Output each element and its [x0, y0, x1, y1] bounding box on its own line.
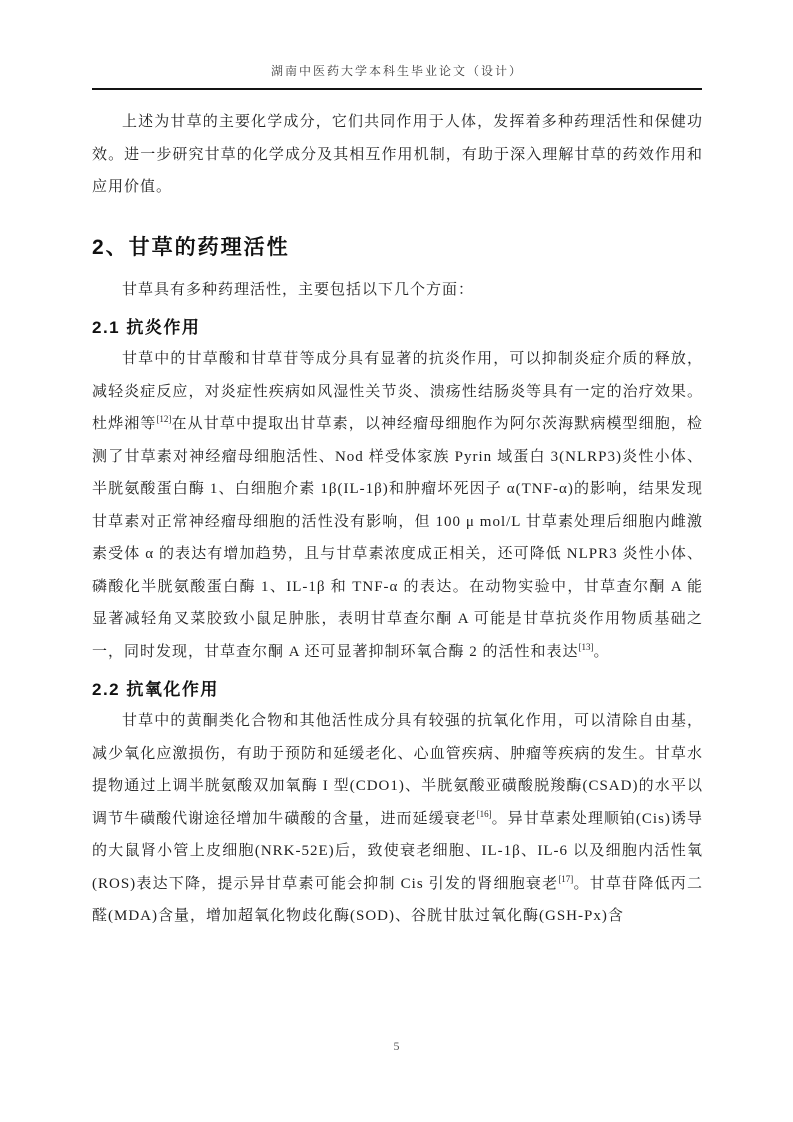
- citation-ref-16: [16]: [477, 809, 492, 819]
- paragraph-anti-inflammatory: 甘草中的甘草酸和甘草苷等成分具有显著的抗炎作用，可以抑制炎症介质的释放，减轻炎症…: [92, 343, 703, 668]
- intro-paragraph: 上述为甘草的主要化学成分，它们共同作用于人体，发挥着多种药理活性和保健功效。进一…: [92, 106, 703, 204]
- section-lead-paragraph: 甘草具有多种药理活性，主要包括以下几个方面：: [92, 274, 703, 307]
- citation-ref-12: [12]: [156, 414, 171, 424]
- paragraph-text-segment: 甘草中的黄酮类化合物和其他活性成分具有较强的抗氧化作用，可以清除自由基，减少氧化…: [92, 713, 703, 827]
- document-page: 湖南中医药大学本科生毕业论文（设计） 上述为甘草的主要化学成分，它们共同作用于人…: [0, 0, 793, 1122]
- header-divider: [92, 88, 702, 90]
- document-body: 上述为甘草的主要化学成分，它们共同作用于人体，发挥着多种药理活性和保健功效。进一…: [92, 106, 703, 933]
- citation-ref-17: [17]: [558, 874, 573, 884]
- section-title: 2、甘草的药理活性: [92, 231, 703, 261]
- citation-ref-13: [13]: [579, 642, 594, 652]
- page-header: 湖南中医药大学本科生毕业论文（设计）: [92, 62, 702, 90]
- page-number: 5: [0, 1039, 793, 1054]
- paragraph-text-segment: 。: [594, 644, 610, 660]
- paragraph-text-segment: 在从甘草中提取出甘草素，以神经瘤母细胞作为阿尔茨海默病模型细胞，检测了甘草素对神…: [92, 416, 703, 660]
- subsection-title-anti-inflammatory: 2.1 抗炎作用: [92, 313, 703, 338]
- paragraph-antioxidant: 甘草中的黄酮类化合物和其他活性成分具有较强的抗氧化作用，可以清除自由基，减少氧化…: [92, 705, 703, 933]
- subsection-title-antioxidant: 2.2 抗氧化作用: [92, 675, 703, 700]
- header-title: 湖南中医药大学本科生毕业论文（设计）: [92, 62, 702, 88]
